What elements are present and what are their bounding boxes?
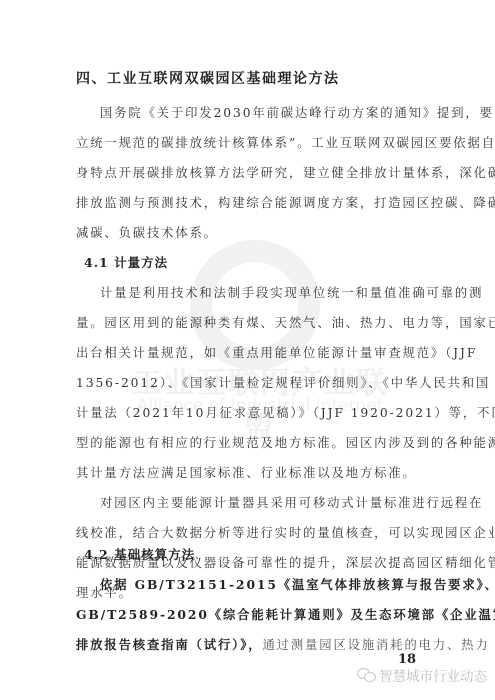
wechat-account-name: 智慧城市行业动态: [379, 665, 487, 685]
paragraph-text-bold: 排放报告核查指南（试行）》，: [76, 637, 262, 652]
paragraph-line: 减碳、负碳技术体系。: [76, 223, 218, 241]
document-page: 工业互联网产业联盟 Alliance of Industrial Interne…: [0, 0, 495, 700]
paragraph-text-tail: 通过测量园区设施消耗的电力、热力: [262, 638, 489, 652]
paragraph-line: 线校准，结合大数据分析等进行实时的量值核查，可以实现园区企业: [76, 523, 495, 541]
paragraph-line: 排放监测与预测技术，构建综合能源调度方案，打造园区控碳、降碳、: [76, 193, 495, 211]
subsection-heading-4-2: 4.2 基础核算方法: [84, 545, 195, 563]
paragraph-line: 立统一规范的碳排放统计核算体系”。工业互联网双碳园区要依据自: [76, 133, 495, 151]
paragraph-line: 型的能源也有相应的行业规范及地方标准。园区内涉及到的各种能源，: [76, 433, 495, 451]
paragraph-line: 出台相关计量规范，如《重点用能单位能源计量审查规范》（JJF: [76, 343, 477, 361]
paragraph-line: 计量法（2021年10月征求意见稿）》（JJF 1920-2021）等，不同类: [76, 403, 495, 421]
wechat-icon: [357, 668, 375, 682]
paragraph-line: 其计量方法应满足国家标准、行业标准以及地方标准。: [76, 463, 417, 481]
paragraph-line: 量。园区用到的能源种类有煤、天然气、油、热力、电力等，国家已: [76, 313, 495, 331]
paragraph-line: 依据 GB/T32151-2015《温室气体排放核算与报告要求》、: [100, 575, 495, 593]
paragraph-line-mixed: 排放报告核查指南（试行）》，通过测量园区设施消耗的电力、热力: [76, 635, 490, 653]
paragraph-line: 国务院《关于印发2030年前碳达峰行动方案的通知》提到，要“建: [100, 103, 495, 121]
paragraph-line: 身特点开展碳排放核算方法学研究，建立健全排放计量体系，深化碳: [76, 163, 495, 181]
paragraph-line: 计量是利用技术和法制手段实现单位统一和量值准确可靠的测: [100, 283, 483, 301]
paragraph-line: GB/T2589-2020《综合能耗计算通则》及生态环境部《企业温室气体: [76, 605, 495, 623]
paragraph-line: 对园区内主要能源计量器具采用可移动式计量标准进行远程在: [100, 493, 483, 511]
wechat-account-watermark: 智慧城市行业动态: [357, 665, 487, 685]
section-heading: 四、工业互联网双碳园区基础理论方法: [76, 68, 340, 88]
subsection-heading-4-1: 4.1 计量方法: [84, 253, 168, 271]
paragraph-line: 1356-2012）、《国家计量检定规程评价细则》、《中华人民共和国: [76, 373, 490, 391]
